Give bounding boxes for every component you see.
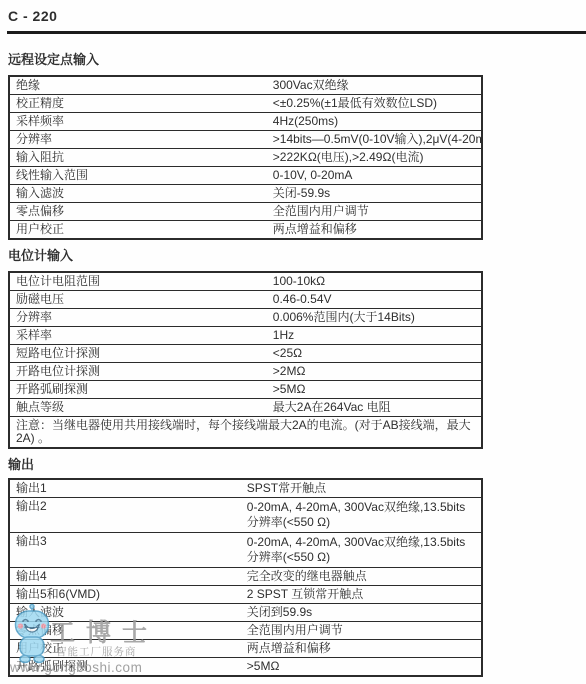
table-row: 输出3 0-20mA, 4-20mA, 300Vac双绝缘,13.5bits 分… xyxy=(9,533,482,568)
spec-value: 0.006%范围内(大于14Bits) xyxy=(267,309,482,327)
spec-label: 输入阻抗 xyxy=(9,149,267,167)
table-note: 注意：当继电器使用共用接线端时，每个接线端最大2A的电流。(对于AB接线端，最大… xyxy=(9,417,482,449)
spec-value: <±0.25%(±1最低有效数位LSD) xyxy=(267,95,482,113)
spec-value: >14bits—0.5mV(0-10V输入),2μV(4-20mA) xyxy=(267,131,482,149)
table-row: 绝缘 300Vac双绝缘 xyxy=(9,76,482,95)
spec-label: 输出5和6(VMD) xyxy=(9,586,241,604)
spec-label: 校正精度 xyxy=(9,95,267,113)
spec-value: >5MΩ xyxy=(241,658,482,677)
table-row: 线性输入范围 0-10V, 0-20mA xyxy=(9,167,482,185)
spec-value: 关闭-59.9s xyxy=(267,185,482,203)
spec-label: 输出2 xyxy=(9,498,241,533)
spec-value: 2 SPST 互锁常开触点 xyxy=(241,586,482,604)
spec-label: 零点偏移 xyxy=(9,622,241,640)
spec-label: 短路电位计探测 xyxy=(9,345,267,363)
spec-table-potentiometer-input: 电位计电阻范围 100-10kΩ 励磁电压 0.46-0.54V 分辨率 0.0… xyxy=(8,271,483,449)
page-header-code: C - 220 xyxy=(8,0,586,24)
spec-value: <25Ω xyxy=(267,345,482,363)
spec-value: >5MΩ xyxy=(267,381,482,399)
spec-label: 输入滤波 xyxy=(9,604,241,622)
spec-value: 两点增益和偏移 xyxy=(267,221,482,240)
document-page: C - 220 远程设定点输入 绝缘 300Vac双绝缘 校正精度 <±0.25… xyxy=(0,0,586,684)
spec-value: 两点增益和偏移 xyxy=(241,640,482,658)
spec-value: 完全改变的继电器触点 xyxy=(241,568,482,586)
spec-label: 用户校正 xyxy=(9,640,241,658)
spec-table-remote-setpoint-input: 绝缘 300Vac双绝缘 校正精度 <±0.25%(±1最低有效数位LSD) 采… xyxy=(8,75,483,240)
spec-value-line2: 分辨率(<550 Ω) xyxy=(247,550,476,565)
spec-label: 采样率 xyxy=(9,327,267,345)
spec-value: >2MΩ xyxy=(267,363,482,381)
spec-table-output: 输出1 SPST常开触点 输出2 0-20mA, 4-20mA, 300Vac双… xyxy=(8,478,483,677)
spec-label: 触点等级 xyxy=(9,399,267,417)
table-row: 零点偏移 全范围内用户调节 xyxy=(9,622,482,640)
spec-label: 励磁电压 xyxy=(9,291,267,309)
spec-label: 电位计电阻范围 xyxy=(9,272,267,291)
spec-label: 绝缘 xyxy=(9,76,267,95)
spec-label: 采样频率 xyxy=(9,113,267,131)
spec-value-line2: 分辨率(<550 Ω) xyxy=(247,515,476,530)
spec-label: 开路弧刷探测 xyxy=(9,381,267,399)
spec-value: >222KΩ(电压),>2.49Ω(电流) xyxy=(267,149,482,167)
spec-value: 0-20mA, 4-20mA, 300Vac双绝缘,13.5bits 分辨率(<… xyxy=(241,533,482,568)
table-row: 输入阻抗 >222KΩ(电压),>2.49Ω(电流) xyxy=(9,149,482,167)
table-row: 触点等级 最大2A在264Vac 电阻 xyxy=(9,399,482,417)
table-row: 输入滤波 关闭到59.9s xyxy=(9,604,482,622)
spec-label: 分辨率 xyxy=(9,309,267,327)
spec-value: 100-10kΩ xyxy=(267,272,482,291)
spec-label: 输出1 xyxy=(9,479,241,498)
table-row: 采样频率 4Hz(250ms) xyxy=(9,113,482,131)
spec-value: 0-10V, 0-20mA xyxy=(267,167,482,185)
table-row: 用户校正 两点增益和偏移 xyxy=(9,640,482,658)
spec-value: 1Hz xyxy=(267,327,482,345)
table-row: 开路弧刷探测 >5MΩ xyxy=(9,658,482,677)
table-row: 开路电位计探测 >2MΩ xyxy=(9,363,482,381)
spec-label: 输出3 xyxy=(9,533,241,568)
table-row: 零点偏移 全范围内用户调节 xyxy=(9,203,482,221)
table-row: 分辨率 0.006%范围内(大于14Bits) xyxy=(9,309,482,327)
section-title-remote-setpoint-input: 远程设定点输入 xyxy=(8,52,586,67)
spec-label: 输出4 xyxy=(9,568,241,586)
spec-value-line1: 0-20mA, 4-20mA, 300Vac双绝缘,13.5bits xyxy=(247,535,476,550)
spec-value: 最大2A在264Vac 电阻 xyxy=(267,399,482,417)
table-row: 励磁电压 0.46-0.54V xyxy=(9,291,482,309)
spec-label: 零点偏移 xyxy=(9,203,267,221)
spec-label: 线性输入范围 xyxy=(9,167,267,185)
table-row: 输出4 完全改变的继电器触点 xyxy=(9,568,482,586)
table-row: 输入滤波 关闭-59.9s xyxy=(9,185,482,203)
spec-value: 关闭到59.9s xyxy=(241,604,482,622)
table-note-row: 注意：当继电器使用共用接线端时，每个接线端最大2A的电流。(对于AB接线端，最大… xyxy=(9,417,482,449)
table-row: 电位计电阻范围 100-10kΩ xyxy=(9,272,482,291)
spec-label: 用户校正 xyxy=(9,221,267,240)
table-row: 开路弧刷探测 >5MΩ xyxy=(9,381,482,399)
spec-value-line1: 0-20mA, 4-20mA, 300Vac双绝缘,13.5bits xyxy=(247,500,476,515)
spec-value: 300Vac双绝缘 xyxy=(267,76,482,95)
table-row: 短路电位计探测 <25Ω xyxy=(9,345,482,363)
spec-value: 0.46-0.54V xyxy=(267,291,482,309)
table-row: 输出5和6(VMD) 2 SPST 互锁常开触点 xyxy=(9,586,482,604)
spec-value: 0-20mA, 4-20mA, 300Vac双绝缘,13.5bits 分辨率(<… xyxy=(241,498,482,533)
spec-label: 开路弧刷探测 xyxy=(9,658,241,677)
section-title-output: 输出 xyxy=(8,457,586,472)
table-row: 校正精度 <±0.25%(±1最低有效数位LSD) xyxy=(9,95,482,113)
spec-label: 分辨率 xyxy=(9,131,267,149)
spec-value: SPST常开触点 xyxy=(241,479,482,498)
header-rule xyxy=(7,31,586,34)
table-row: 用户校正 两点增益和偏移 xyxy=(9,221,482,240)
section-title-potentiometer-input: 电位计输入 xyxy=(8,248,586,263)
table-row: 输出1 SPST常开触点 xyxy=(9,479,482,498)
table-row: 采样率 1Hz xyxy=(9,327,482,345)
table-row: 输出2 0-20mA, 4-20mA, 300Vac双绝缘,13.5bits 分… xyxy=(9,498,482,533)
spec-value: 全范围内用户调节 xyxy=(267,203,482,221)
table-row: 分辨率 >14bits—0.5mV(0-10V输入),2μV(4-20mA) xyxy=(9,131,482,149)
spec-value: 4Hz(250ms) xyxy=(267,113,482,131)
spec-label: 开路电位计探测 xyxy=(9,363,267,381)
spec-label: 输入滤波 xyxy=(9,185,267,203)
spec-value: 全范围内用户调节 xyxy=(241,622,482,640)
